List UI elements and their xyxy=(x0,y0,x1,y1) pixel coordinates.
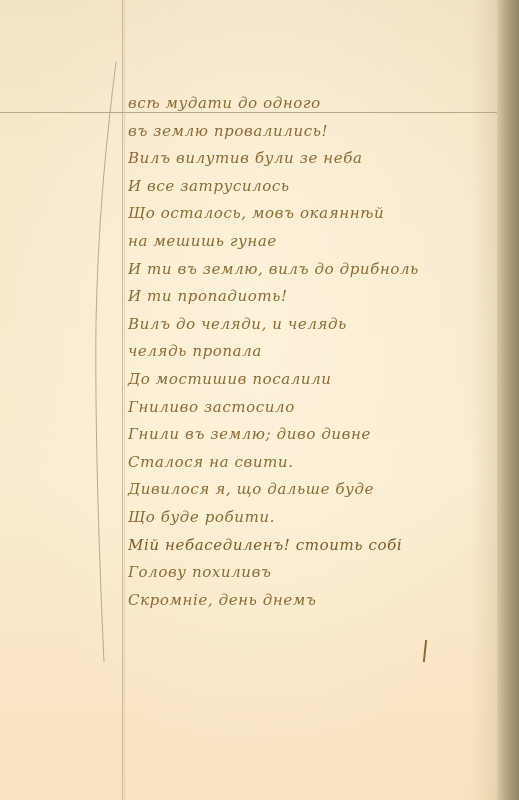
ink-stroke-mark xyxy=(423,640,427,662)
handwritten-line: И все затрусилось xyxy=(128,173,498,201)
pencil-bracket-mark xyxy=(92,62,122,662)
handwritten-line: Дивилося я, що дальше буде xyxy=(128,476,498,504)
handwritten-line: И ти пропадиоть! xyxy=(128,283,498,311)
handwritten-line: До мостишив посалили xyxy=(128,366,498,394)
handwritten-line: Вилъ вилутив були зе неба xyxy=(128,145,498,173)
handwritten-line: Гнили въ землю; диво дивне xyxy=(128,421,498,449)
handwritten-line: въ землю провалились! xyxy=(128,118,498,146)
handwritten-line: Що буде робити. xyxy=(128,504,498,532)
handwritten-line: Вилъ до челяди, и челядь xyxy=(128,311,498,339)
margin-rule-line-secondary xyxy=(124,0,125,800)
handwritten-line: всѣ мудати до одного xyxy=(128,90,498,118)
handwritten-line: Мій небаседиленъ! стоить собі xyxy=(128,532,498,560)
handwritten-line: Скромніе, день днемъ xyxy=(128,587,498,615)
handwritten-line: на мешишь гунае xyxy=(128,228,498,256)
handwritten-line: челядь пропала xyxy=(128,338,498,366)
handwritten-line: И ти въ землю, вилъ до дрибноль xyxy=(128,256,498,284)
page-binding-edge xyxy=(497,0,519,800)
handwritten-line: Що осталось, мовъ окаяннѣй xyxy=(128,200,498,228)
manuscript-page: всѣ мудати до одного въ землю провалилис… xyxy=(0,0,519,800)
handwritten-line: Голову похиливъ xyxy=(128,559,498,587)
margin-rule-line xyxy=(122,0,123,800)
handwritten-text-block: всѣ мудати до одного въ землю провалилис… xyxy=(128,90,498,614)
handwritten-line: Гниливо застосило xyxy=(128,394,498,422)
handwritten-line: Сталося на свити. xyxy=(128,449,498,477)
